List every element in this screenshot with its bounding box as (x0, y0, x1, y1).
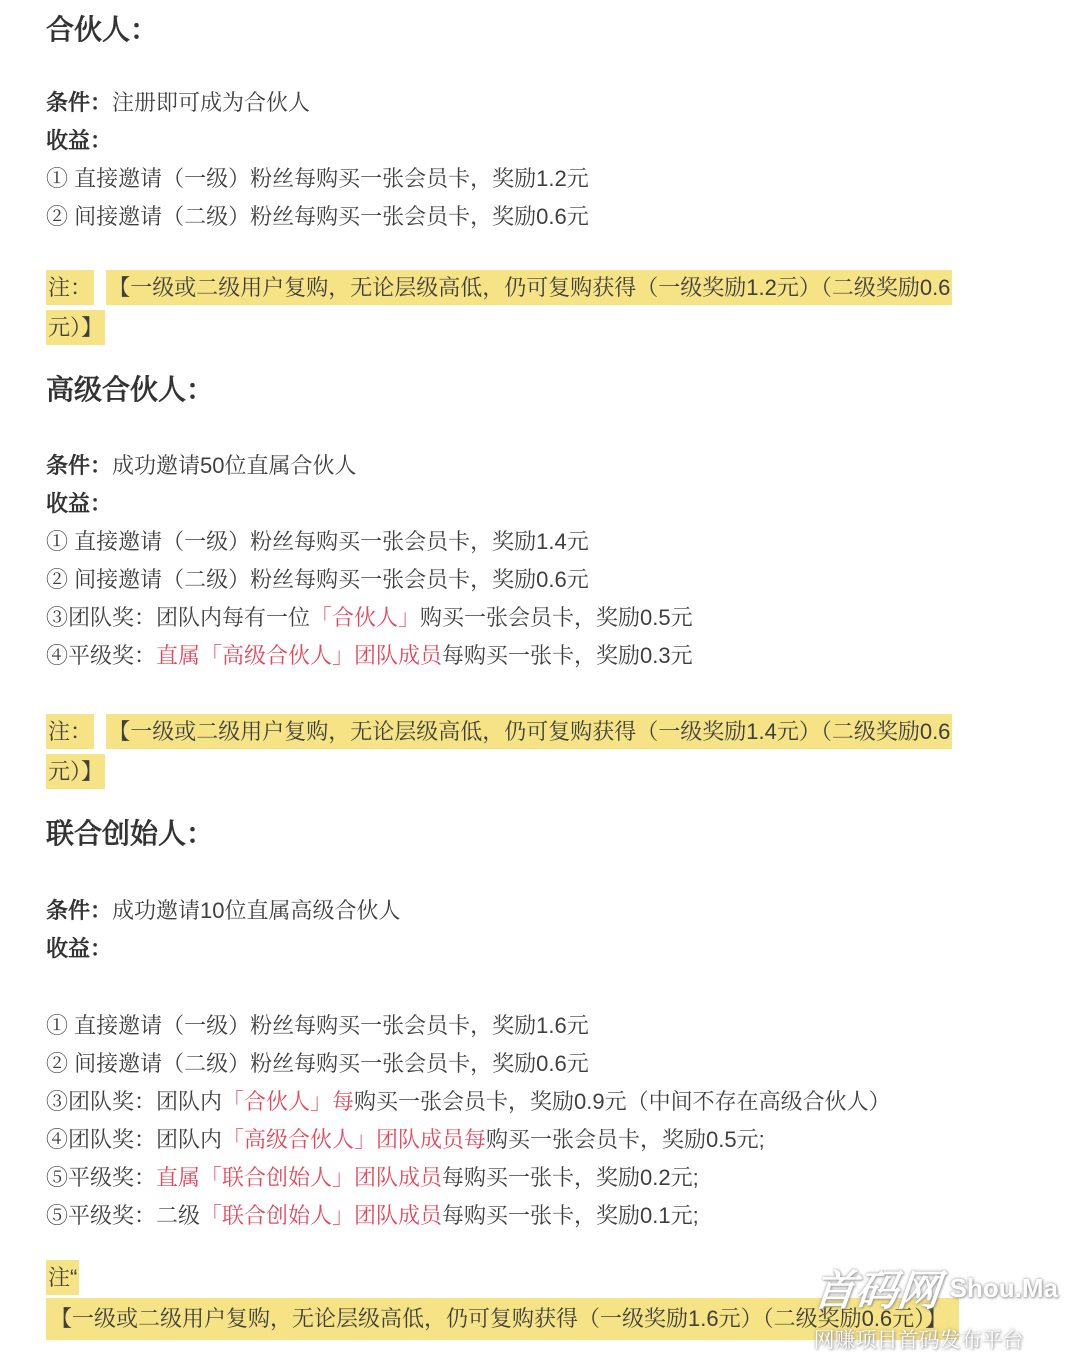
text-segment: 注“ (46, 1260, 79, 1295)
text-segment: 【一级或二级用户复购，无论层级高低，仍可复购获得（一级奖励1.4元）（二级奖励0… (106, 714, 952, 749)
text-segment: 注： (46, 270, 94, 305)
reward-item: ③团队奖：团队内每有一位「合伙人」购买一张会员卡，奖励0.5元 (46, 599, 1040, 637)
condition-line: 条件：成功邀请50位直属合伙人 (46, 447, 1040, 485)
reward-item: ① 直接邀请（一级）粉丝每购买一张会员卡，奖励1.2元 (46, 160, 1040, 198)
reward-item: ② 间接邀请（二级）粉丝每购买一张会员卡，奖励0.6元 (46, 561, 1040, 599)
income-label: 收益： (46, 930, 1040, 968)
text-segment: 元）】 (46, 754, 105, 789)
reward-item: ④平级奖：直属「高级合伙人」团队成员每购买一张卡，奖励0.3元 (46, 637, 1040, 675)
income-label: 收益： (46, 122, 1040, 160)
section-title-senior-partner: 高级合伙人： (46, 368, 1040, 412)
text-segment: 购买一张会员卡，奖励0.9元（中间不存在高级合伙人） (354, 1089, 891, 1114)
condition-label: 条件： (46, 453, 112, 478)
text-segment: 购买一张会员卡，奖励0.5元 (420, 605, 693, 630)
text-segment: ③团队奖：团队内 (46, 1089, 222, 1114)
text-segment: 直属「高级合伙人」团队成员 (156, 643, 442, 668)
section-title-partner: 合伙人： (46, 8, 1040, 52)
note-block: 注： 【一级或二级用户复购，无论层级高低，仍可复购获得（一级奖励1.2元）（二级… (46, 268, 1040, 348)
text-segment: 【一级或二级用户复购，无论层级高低，仍可复购获得（一级奖励1.2元）（二级奖励0… (106, 270, 952, 305)
reward-item: ② 间接邀请（二级）粉丝每购买一张会员卡，奖励0.6元 (46, 1045, 1040, 1083)
condition-label: 条件： (46, 90, 112, 115)
note-line: 注： 【一级或二级用户复购，无论层级高低，仍可复购获得（一级奖励1.2元）（二级… (46, 268, 1040, 308)
section-title-cofounder: 联合创始人： (46, 812, 1040, 856)
condition-text: 成功邀请10位直属高级合伙人 (112, 898, 400, 923)
text-segment: 「高级合伙人」团队成员每 (222, 1127, 486, 1152)
condition-text: 注册即可成为合伙人 (112, 90, 310, 115)
text-segment: 「联合创始人」团队成员 (200, 1203, 442, 1228)
text-segment: ④团队奖：团队内 (46, 1127, 222, 1152)
note-line: 元）】 (46, 752, 1040, 792)
income-label: 收益： (46, 485, 1040, 523)
text-segment: 注： (46, 714, 94, 749)
note-block: 注： 【一级或二级用户复购，无论层级高低，仍可复购获得（一级奖励1.4元）（二级… (46, 712, 1040, 792)
text-segment: ① 直接邀请（一级）粉丝每购买一张会员卡，奖励1.4元 (46, 529, 589, 554)
reward-item: ② 间接邀请（二级）粉丝每购买一张会员卡，奖励0.6元 (46, 198, 1040, 236)
watermark-logo-row: 首码网 Shou.Ma (814, 1258, 1058, 1318)
text-segment: 每购买一张卡，奖励0.3元 (442, 643, 693, 668)
text-segment: 「合伙人」每 (222, 1089, 354, 1114)
text-segment: ② 间接邀请（二级）粉丝每购买一张会员卡，奖励0.6元 (46, 1051, 589, 1076)
text-segment: 每购买一张卡，奖励0.1元; (442, 1203, 699, 1228)
text-segment (94, 275, 106, 300)
watermark-logo: 首码网 (810, 1258, 942, 1318)
text-segment: ① 直接邀请（一级）粉丝每购买一张会员卡，奖励1.2元 (46, 166, 589, 191)
text-segment: 「合伙人」 (310, 605, 420, 630)
condition-text: 成功邀请50位直属合伙人 (112, 453, 356, 478)
text-segment: ① 直接邀请（一级）粉丝每购买一张会员卡，奖励1.6元 (46, 1013, 589, 1038)
reward-item: ⑤平级奖：直属「联合创始人」团队成员每购买一张卡，奖励0.2元; (46, 1159, 1040, 1197)
watermark-tagline: 网赚项目首码发布平台 (814, 1324, 1058, 1354)
watermark-logo-latin: Shou.Ma (950, 1273, 1058, 1304)
text-segment: 元）】 (46, 310, 105, 345)
condition-line: 条件：注册即可成为合伙人 (46, 84, 1040, 122)
note-line: 元）】 (46, 308, 1040, 348)
reward-item: ③团队奖：团队内「合伙人」每购买一张会员卡，奖励0.9元（中间不存在高级合伙人） (46, 1083, 1040, 1121)
watermark: 首码网 Shou.Ma 网赚项目首码发布平台 (814, 1258, 1058, 1354)
text-segment: ② 间接邀请（二级）粉丝每购买一张会员卡，奖励0.6元 (46, 204, 589, 229)
document-page: 合伙人： 条件：注册即可成为合伙人 收益： ① 直接邀请（一级）粉丝每购买一张会… (0, 0, 1080, 1340)
condition-line: 条件：成功邀请10位直属高级合伙人 (46, 892, 1040, 930)
text-segment: 直属「联合创始人」团队成员 (156, 1165, 442, 1190)
text-segment: ③团队奖：团队内每有一位 (46, 605, 310, 630)
note-line: 注： 【一级或二级用户复购，无论层级高低，仍可复购获得（一级奖励1.4元）（二级… (46, 712, 1040, 752)
text-segment: ④平级奖： (46, 643, 156, 668)
text-segment (94, 719, 106, 744)
text-segment: ⑤平级奖： (46, 1165, 156, 1190)
text-segment: 每购买一张卡，奖励0.2元; (442, 1165, 699, 1190)
text-segment: ② 间接邀请（二级）粉丝每购买一张会员卡，奖励0.6元 (46, 567, 589, 592)
reward-item: ① 直接邀请（一级）粉丝每购买一张会员卡，奖励1.4元 (46, 523, 1040, 561)
condition-label: 条件： (46, 898, 112, 923)
reward-item: ⑤平级奖：二级「联合创始人」团队成员每购买一张卡，奖励0.1元; (46, 1197, 1040, 1235)
reward-item: ④团队奖：团队内「高级合伙人」团队成员每购买一张会员卡，奖励0.5元; (46, 1121, 1040, 1159)
text-segment: 购买一张会员卡，奖励0.5元; (486, 1127, 765, 1152)
text-segment: ⑤平级奖：二级 (46, 1203, 200, 1228)
reward-item: ① 直接邀请（一级）粉丝每购买一张会员卡，奖励1.6元 (46, 1007, 1040, 1045)
